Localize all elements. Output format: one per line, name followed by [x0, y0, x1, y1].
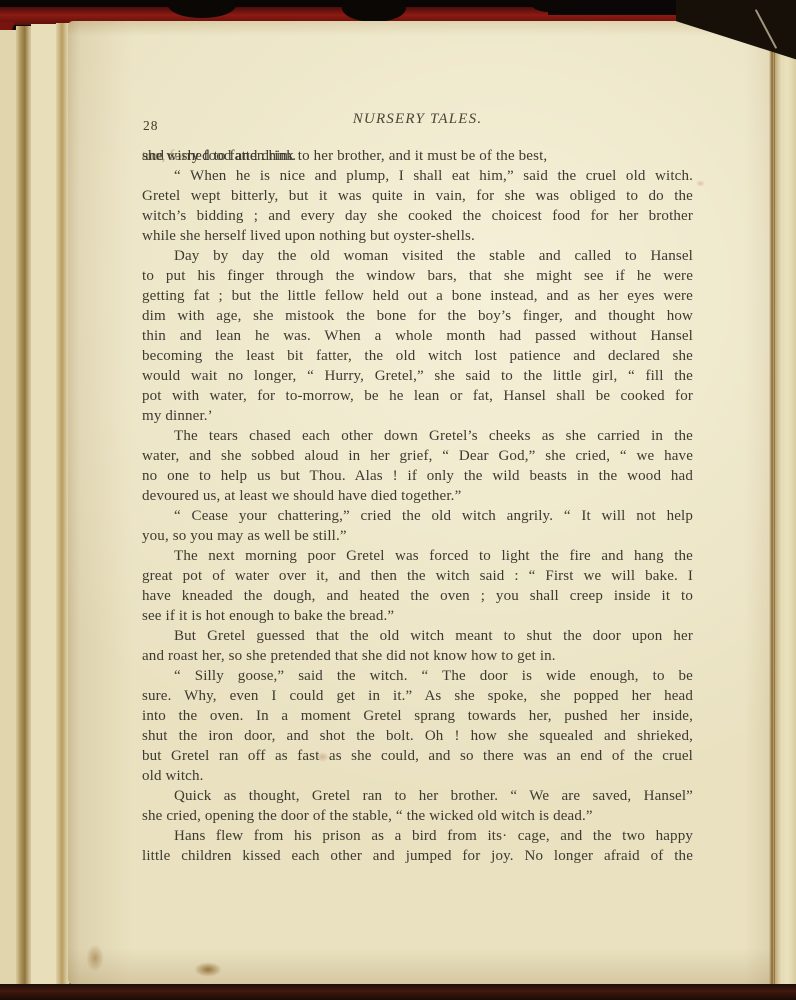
text-line: pot with water, for to-morrow, be he lea… [142, 386, 693, 406]
text-line: devoured us, at least we should have die… [142, 486, 693, 506]
text-line: would wait no longer, “ Hurry, Gretel,” … [142, 366, 693, 386]
text-line: no one to help us but Thou. Alas ! if on… [142, 466, 693, 486]
text-line: sure. Why, even I could get in it.” As s… [142, 686, 693, 706]
text-line: Quick as thought, Gretel ran to her brot… [142, 786, 693, 806]
text-line: “ When he is nice and plump, I shall eat… [142, 166, 693, 186]
text-line: little children kissed each other and ju… [142, 846, 693, 866]
text-line: thin and lean he was. When a whole month… [142, 326, 693, 346]
text-line: you, so you may as well be still.” [142, 526, 693, 546]
text-line: and roast her, so she pretended that she… [142, 646, 693, 666]
text-line: she cried, opening the door of the stabl… [142, 806, 693, 826]
text-line: Day by day the old woman visited the sta… [142, 246, 693, 266]
text-line: “ Silly goose,” said the witch. “ The do… [142, 666, 693, 686]
text-line: But Gretel guessed that the old witch me… [142, 626, 693, 646]
text-line: old witch. [142, 766, 693, 786]
text-line: The next morning poor Gretel was forced … [142, 546, 693, 566]
text-line: to put his finger through the window bar… [142, 266, 693, 286]
book-page: 28 NURSERY TALES. and carry food and dri… [68, 21, 774, 986]
running-title: NURSERY TALES. [142, 111, 693, 128]
text-line: water, and she sobbed aloud in her grief… [142, 446, 693, 466]
facing-page-edge [775, 24, 796, 984]
text-line: into the oven. In a moment Gretel sprang… [142, 706, 693, 726]
stain [316, 752, 329, 762]
text-line: witch’s bidding ; and every day she cook… [142, 206, 693, 226]
text-line: becoming the least bit fatter, the old w… [142, 346, 693, 366]
text-line: but Gretel ran off as fast as she could,… [142, 746, 693, 766]
stain [86, 944, 104, 972]
book-scan: 28 NURSERY TALES. and carry food and dri… [0, 0, 796, 1000]
text-line: dim with age, she mistook the bone for t… [142, 306, 693, 326]
text-line: she wished to fatten him. [142, 146, 693, 166]
stain [696, 180, 705, 187]
page-header: 28 NURSERY TALES. [142, 109, 693, 133]
text-line: my dinner.’ [142, 406, 693, 426]
page-stack-edge [31, 24, 59, 988]
stain [194, 962, 222, 977]
text-line: have kneaded the dough, and heated the o… [142, 586, 693, 606]
text-line: while she herself lived upon nothing but… [142, 226, 693, 246]
text-line: shut the iron door, and shot the bolt. O… [142, 726, 693, 746]
text-line: The tears chased each other down Gretel’… [142, 426, 693, 446]
text-line: Hans flew from his prison as a bird from… [142, 826, 693, 846]
book-cover-bottom-edge [0, 984, 796, 1000]
text-line: “ Cease your chattering,” cried the old … [142, 506, 693, 526]
text-line: getting fat ; but the little fellow held… [142, 286, 693, 306]
story-text: and carry food and drink to her brother,… [142, 146, 693, 866]
text-line: see if it is hot enough to bake the brea… [142, 606, 693, 626]
text-line: great pot of water over it, and then the… [142, 566, 693, 586]
text-line: Gretel wept bitterly, but it was quite i… [142, 186, 693, 206]
